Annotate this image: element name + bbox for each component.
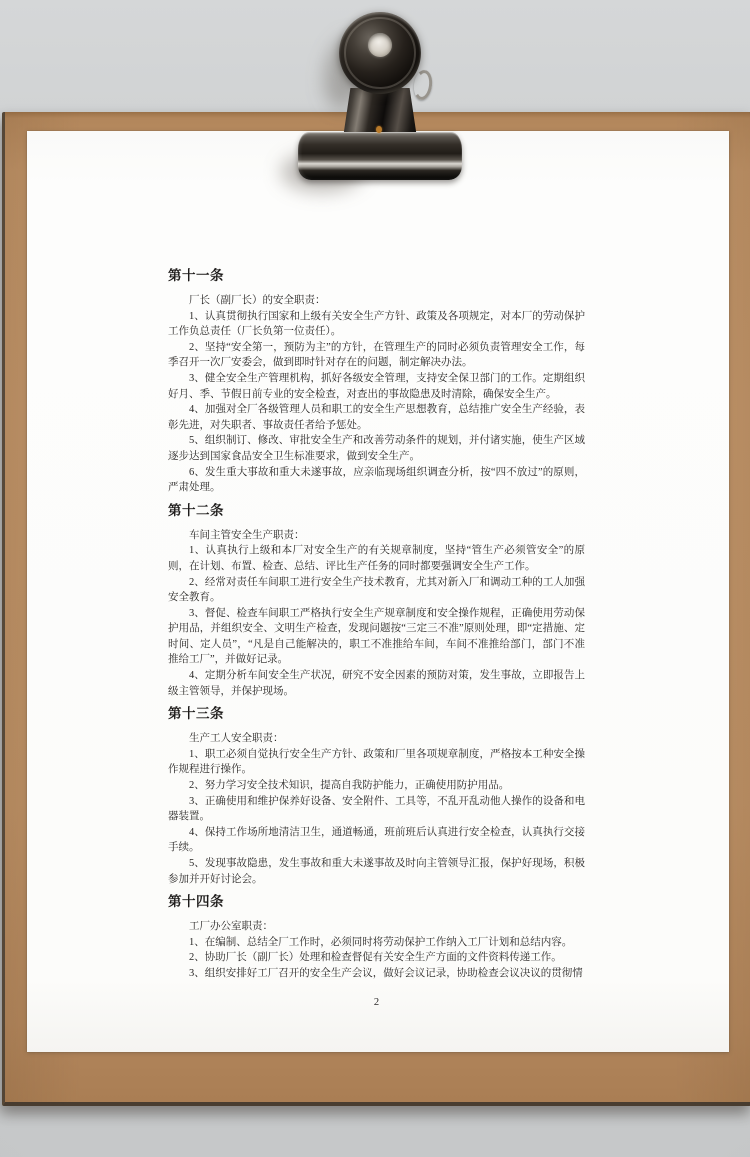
section-paragraph: 3、正确使用和维护保养好设备、安全附件、工具等，不乱开乱动他人操作的设备和电器装… [168,794,585,825]
section-paragraph: 4、定期分析车间安全生产状况，研究不安全因素的预防对策，发生事故，立即报告上级主… [168,668,585,699]
section-paragraph: 1、认真贯彻执行国家和上级有关安全生产方针、政策及各项规定，对本厂的劳动保护工作… [168,309,585,340]
section-heading: 第十一条 [168,267,585,284]
section-paragraph: 厂长（副厂长）的安全职责： [168,293,585,309]
section-paragraph: 2、经常对责任车间职工进行安全生产技术教育，尤其对新入厂和调动工种的工人加强安全… [168,575,585,606]
document-section: 第十四条工厂办公室职责：1、在编制、总结全厂工作时，必须同时将劳动保护工作纳入工… [168,893,585,981]
section-paragraph: 4、保持工作场所地清洁卫生，通道畅通，班前班后认真进行安全检查，认真执行交接手续… [168,825,585,856]
section-paragraph: 4、加强对全厂各级管理人员和职工的安全生产思想教育，总结推广安全生产经验，表彰先… [168,402,585,433]
document-body: 第十一条厂长（副厂长）的安全职责：1、认真贯彻执行国家和上级有关安全生产方针、政… [27,131,729,1052]
page-number: 2 [168,995,585,1011]
section-paragraph: 2、努力学习安全技术知识，提高自我防护能力，正确使用防护用品。 [168,778,585,794]
section-heading: 第十四条 [168,893,585,910]
section-heading: 第十三条 [168,705,585,722]
binder-clip-knob [339,12,421,94]
section-paragraph: 5、组织制订、修改、审批安全生产和改善劳动条件的规划，并付诸实施，使生产区域逐步… [168,433,585,464]
section-paragraph: 1、认真执行上级和本厂对安全生产的有关规章制度，坚持“管生产必须管安全”的原则，… [168,543,585,574]
section-paragraph: 1、职工必须自觉执行安全生产方针、政策和厂里各项规章制度，严格按本工种安全操作规… [168,747,585,778]
section-paragraph: 车间主管安全生产职责： [168,528,585,544]
section-paragraph: 3、健全安全生产管理机构，抓好各级安全管理，支持安全保卫部门的工作。定期组织好月… [168,371,585,402]
binder-clip [295,12,465,184]
paper-page: 第十一条厂长（副厂长）的安全职责：1、认真贯彻执行国家和上级有关安全生产方针、政… [27,131,729,1052]
section-paragraph: 3、督促、检查车间职工严格执行安全生产规章制度和安全操作规程，正确使用劳动保护用… [168,606,585,668]
section-heading: 第十二条 [168,502,585,519]
document-section: 第十三条生产工人安全职责：1、职工必须自觉执行安全生产方针、政策和厂里各项规章制… [168,705,585,887]
section-paragraph: 工厂办公室职责： [168,919,585,935]
binder-clip-rivet [376,126,382,133]
document-section: 第十二条车间主管安全生产职责：1、认真执行上级和本厂对安全生产的有关规章制度，坚… [168,502,585,700]
section-paragraph: 3、组织安排好工厂召开的安全生产会议，做好会议记录，协助检查会议决议的贯彻情 [168,966,585,982]
section-paragraph: 2、协助厂长（副厂长）处理和检查督促有关安全生产方面的文件资料传递工作。 [168,950,585,966]
binder-clip-bar [298,132,462,180]
photo-scene: 第十一条厂长（副厂长）的安全职责：1、认真贯彻执行国家和上级有关安全生产方针、政… [0,0,750,1157]
section-paragraph: 6、发生重大事故和重大未遂事故，应亲临现场组织调查分析，按“四不放过”的原则，严… [168,465,585,496]
binder-clip-hole [368,33,392,57]
section-paragraph: 2、坚持“安全第一，预防为主”的方针，在管理生产的同时必须负责管理安全工作，每季… [168,340,585,371]
section-paragraph: 生产工人安全职责： [168,731,585,747]
section-paragraph: 1、在编制、总结全厂工作时，必须同时将劳动保护工作纳入工厂计划和总结内容。 [168,935,585,951]
document-section: 第十一条厂长（副厂长）的安全职责：1、认真贯彻执行国家和上级有关安全生产方针、政… [168,267,585,496]
section-paragraph: 5、发现事故隐患，发生事故和重大未遂事故及时向主管领导汇报，保护好现场，积极参加… [168,856,585,887]
